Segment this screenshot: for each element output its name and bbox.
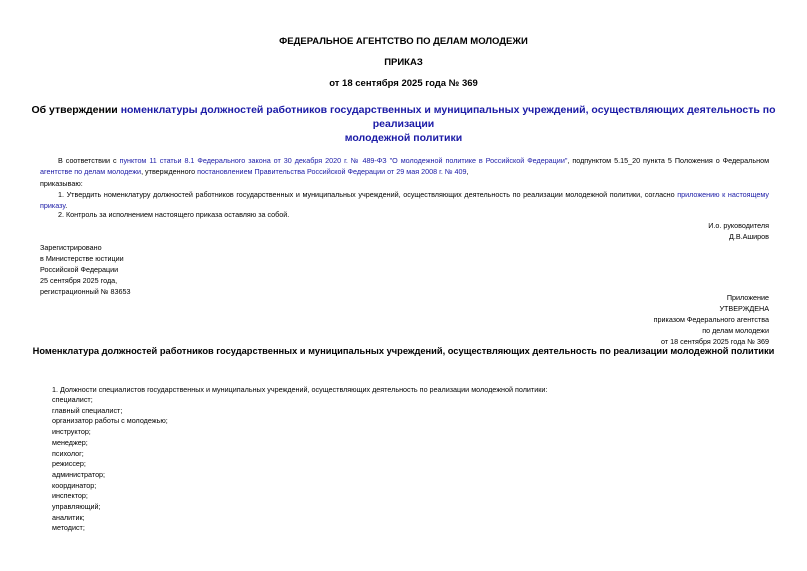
signatory-position: И.о. руководителя: [708, 220, 769, 231]
title-prefix: Об утверждении: [31, 104, 120, 116]
list-item: инспектор;: [52, 491, 168, 502]
list-item: администратор;: [52, 470, 168, 481]
agency-name: ФЕДЕРАЛЬНОЕ АГЕНТСТВО ПО ДЕЛАМ МОЛОДЕЖИ: [0, 36, 807, 47]
doc-type: ПРИКАЗ: [0, 57, 807, 68]
list-item: методист;: [52, 523, 168, 534]
agency-link[interactable]: агентстве по делам молодежи: [40, 167, 141, 176]
list-item: организатор работы с молодежью;: [52, 416, 168, 427]
list-item: менеджер;: [52, 438, 168, 449]
preamble-paragraph: В соответствии с пунктом 11 статьи 8.1 Ф…: [40, 155, 769, 177]
document-title: Об утверждении номенклатуры должностей р…: [0, 103, 807, 145]
preamble-text: В соответствии с: [58, 156, 120, 165]
list-item: психолог;: [52, 449, 168, 460]
positions-list: специалист;главный специалист;организато…: [52, 395, 168, 534]
list-item: инструктор;: [52, 427, 168, 438]
title-link[interactable]: номенклатуры должностей работников госуд…: [121, 104, 776, 144]
item-1: 1. Утвердить номенклатуру должностей раб…: [40, 189, 769, 211]
list-item: аналитик;: [52, 513, 168, 524]
preamble-text: , утвержденного: [141, 167, 197, 176]
list-item: координатор;: [52, 481, 168, 492]
preamble-text: , подпунктом 5.15_20 пункта 5 Положения …: [567, 156, 769, 165]
resolution-link[interactable]: постановлением Правительства Российской …: [197, 167, 466, 176]
signatory-name: Д.В.Аширов: [708, 231, 769, 242]
list-item: специалист;: [52, 395, 168, 406]
section-1-heading: 1. Должности специалистов государственны…: [52, 384, 547, 395]
list-item: главный специалист;: [52, 406, 168, 417]
order-word: приказываю:: [40, 178, 83, 189]
document-page: ФЕДЕРАЛЬНОЕ АГЕНТСТВО ПО ДЕЛАМ МОЛОДЕЖИ …: [0, 0, 807, 571]
list-item: управляющий;: [52, 502, 168, 513]
item-2: 2. Контроль за исполнением настоящего пр…: [40, 209, 769, 220]
list-item: режиссер;: [52, 459, 168, 470]
signature-block: И.о. руководителя Д.В.Аширов: [708, 220, 769, 242]
appendix-title: Номенклатура должностей работников госуд…: [0, 346, 807, 356]
registration-block: Зарегистрировано в Министерстве юстиции …: [40, 242, 130, 297]
appendix-stamp: Приложение УТВЕРЖДЕНА приказом Федеральн…: [654, 292, 769, 347]
doc-date: от 18 сентября 2025 года № 369: [0, 78, 807, 89]
law-link[interactable]: пунктом 11 статьи 8.1 Федерального закон…: [120, 156, 568, 165]
